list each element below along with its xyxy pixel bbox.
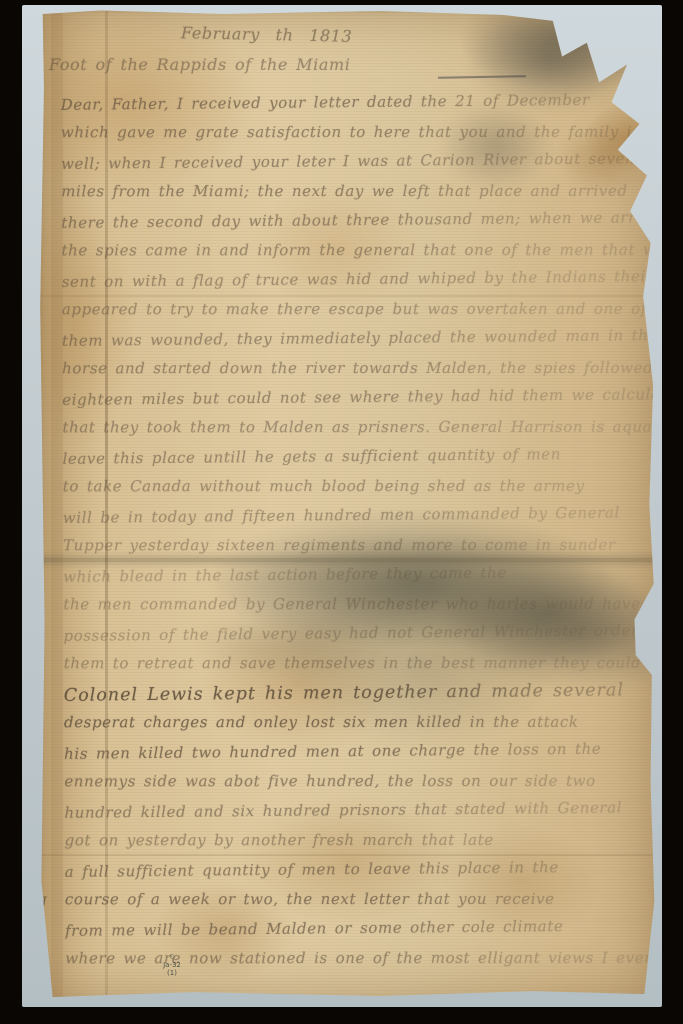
letter-line: leave this place untill he gets a suffic… — [62, 444, 655, 479]
stamp-suffix: (1) — [167, 969, 177, 977]
letter-line: a full sufficient quantity of men to lea… — [65, 857, 658, 892]
letter-line: course of a week or two, the next letter… — [65, 889, 658, 919]
archive-stamp: ○ Ja-32 (1) — [155, 953, 189, 977]
letter-line: from me will be beand Malden or some oth… — [65, 916, 658, 951]
letter-date: February th 1813 — [181, 23, 353, 46]
stamp-number: Ja-32 — [163, 961, 181, 969]
letter-line: got on yesterday by another fresh march … — [65, 830, 658, 860]
letter-line: sent on with a flag of truce was hid and… — [62, 267, 655, 302]
letter-line: them was wounded, they immediately place… — [62, 326, 655, 361]
letter-line: horse and started down the river towards… — [62, 358, 655, 388]
letter-line: his men killed two hundred men at one ch… — [64, 739, 657, 774]
letter-line: well; when I received your leter I was a… — [61, 149, 654, 184]
letter-line: the men commanded by General Winchester … — [63, 594, 656, 624]
letter-line: eighteen miles but could not see where t… — [62, 385, 655, 420]
letter-line: Tupper yesterday sixteen regiments and m… — [63, 535, 656, 565]
letter-line: Colonel Lewis kept his men together and … — [64, 680, 657, 715]
letter-body: Dear, Father, I received your letter dat… — [61, 91, 659, 979]
letter-line: ennemys side was abot five hundred, the … — [64, 771, 657, 801]
pencil-line — [438, 75, 526, 79]
letter-line: Dear, Father, I received your letter dat… — [61, 90, 654, 125]
letter-line: to take Canada without much blood being … — [63, 476, 656, 506]
letter-line: possession of the field very easy had no… — [63, 621, 656, 656]
photo-frame: February th 1813 Foot of the Rappids of … — [0, 0, 683, 1024]
letter-line: will be in today and fifteen hundred men… — [63, 503, 656, 538]
letter-line: them to retreat and save themselves in t… — [64, 653, 657, 683]
letter-line: which gave me grate satisfaction to here… — [61, 122, 654, 152]
letter-line: the spies came in and inform the general… — [62, 240, 655, 270]
letter-place-line: Foot of the Rappids of the Miami — [49, 55, 351, 74]
letter-line: there the second day with about three th… — [61, 208, 654, 243]
letter-line: desperat charges and onley lost six men … — [64, 712, 657, 742]
letter-line: hundred killed and six hundred prisnors … — [64, 798, 657, 833]
letter-paper: February th 1813 Foot of the Rappids of … — [39, 9, 658, 1000]
letter-line: which blead in the last action before th… — [63, 562, 656, 597]
letter-line: miles from the Miami; the next day we le… — [61, 181, 654, 211]
letter-line: appeared to try to make there escape but… — [62, 299, 655, 329]
letter-line: that they took them to Malden as prisner… — [62, 417, 655, 447]
stamp-symbol: ○ — [155, 953, 189, 961]
